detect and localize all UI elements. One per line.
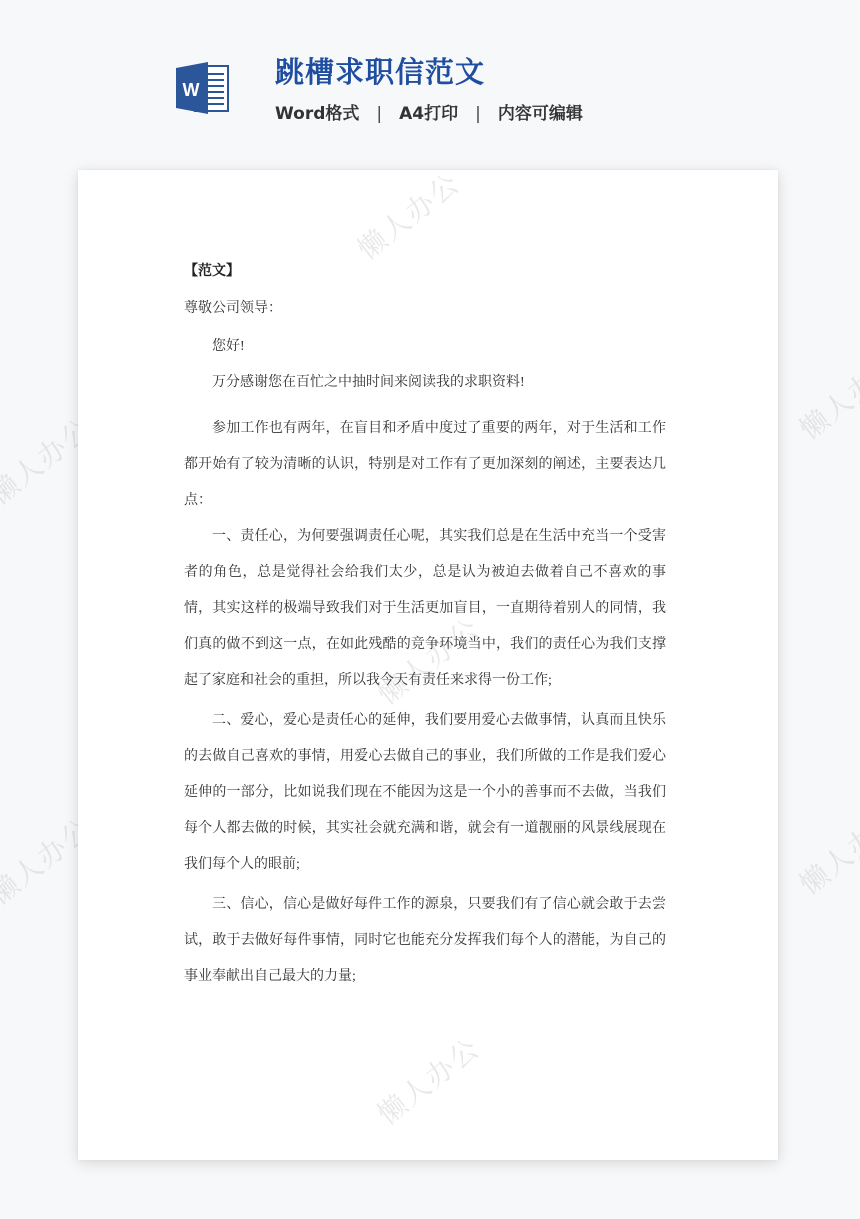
- tag-print: A4打印: [399, 101, 458, 127]
- salutation: 尊敬公司领导：: [184, 299, 666, 319]
- tag-separator: |: [475, 101, 481, 127]
- paragraph-responsibility: 一、责任心，为何要强调责任心呢，其实我们总是在生活中充当一个受害者的角色，总是觉…: [184, 519, 666, 699]
- paragraph-confidence: 三、信心，信心是做好每件工作的源泉，只要我们有了信心就会敢于去尝试，敢于去做好每…: [184, 887, 666, 995]
- paragraph-intro: 参加工作也有两年，在盲目和矛盾中度过了重要的两年，对于生活和工作都开始有了较为清…: [184, 411, 666, 519]
- document-tags: Word格式 | A4打印 | 内容可编辑: [275, 101, 583, 127]
- watermark: 懒人办公: [368, 1027, 487, 1132]
- watermark: 懒人办公: [790, 797, 860, 902]
- paragraph-thanks: 万分感谢您在百忙之中抽时间来阅读我的求职资料!: [184, 373, 666, 393]
- svg-text:W: W: [183, 80, 200, 100]
- document-body: 【范文】 尊敬公司领导： 您好! 万分感谢您在百忙之中抽时间来阅读我的求职资料!…: [184, 262, 666, 995]
- tag-format: Word格式: [275, 101, 359, 127]
- tag-editable: 内容可编辑: [498, 101, 583, 127]
- paragraph-greeting: 您好!: [184, 337, 666, 357]
- document-title: 跳槽求职信范文: [275, 52, 485, 92]
- header: W 跳槽求职信范文 Word格式 | A4打印 | 内容可编辑: [0, 0, 860, 160]
- document-heading: 【范文】: [184, 262, 666, 282]
- document-page: 懒人办公 懒人办公 懒人办公 【范文】 尊敬公司领导： 您好! 万分感谢您在百忙…: [78, 170, 778, 1160]
- watermark: 懒人办公: [348, 170, 467, 268]
- watermark: 懒人办公: [790, 342, 860, 447]
- tag-separator: |: [376, 101, 382, 127]
- paragraph-love: 二、爱心，爱心是责任心的延伸，我们要用爱心去做事情，认真而且快乐的去做自己喜欢的…: [184, 703, 666, 883]
- word-document-icon: W: [175, 60, 231, 116]
